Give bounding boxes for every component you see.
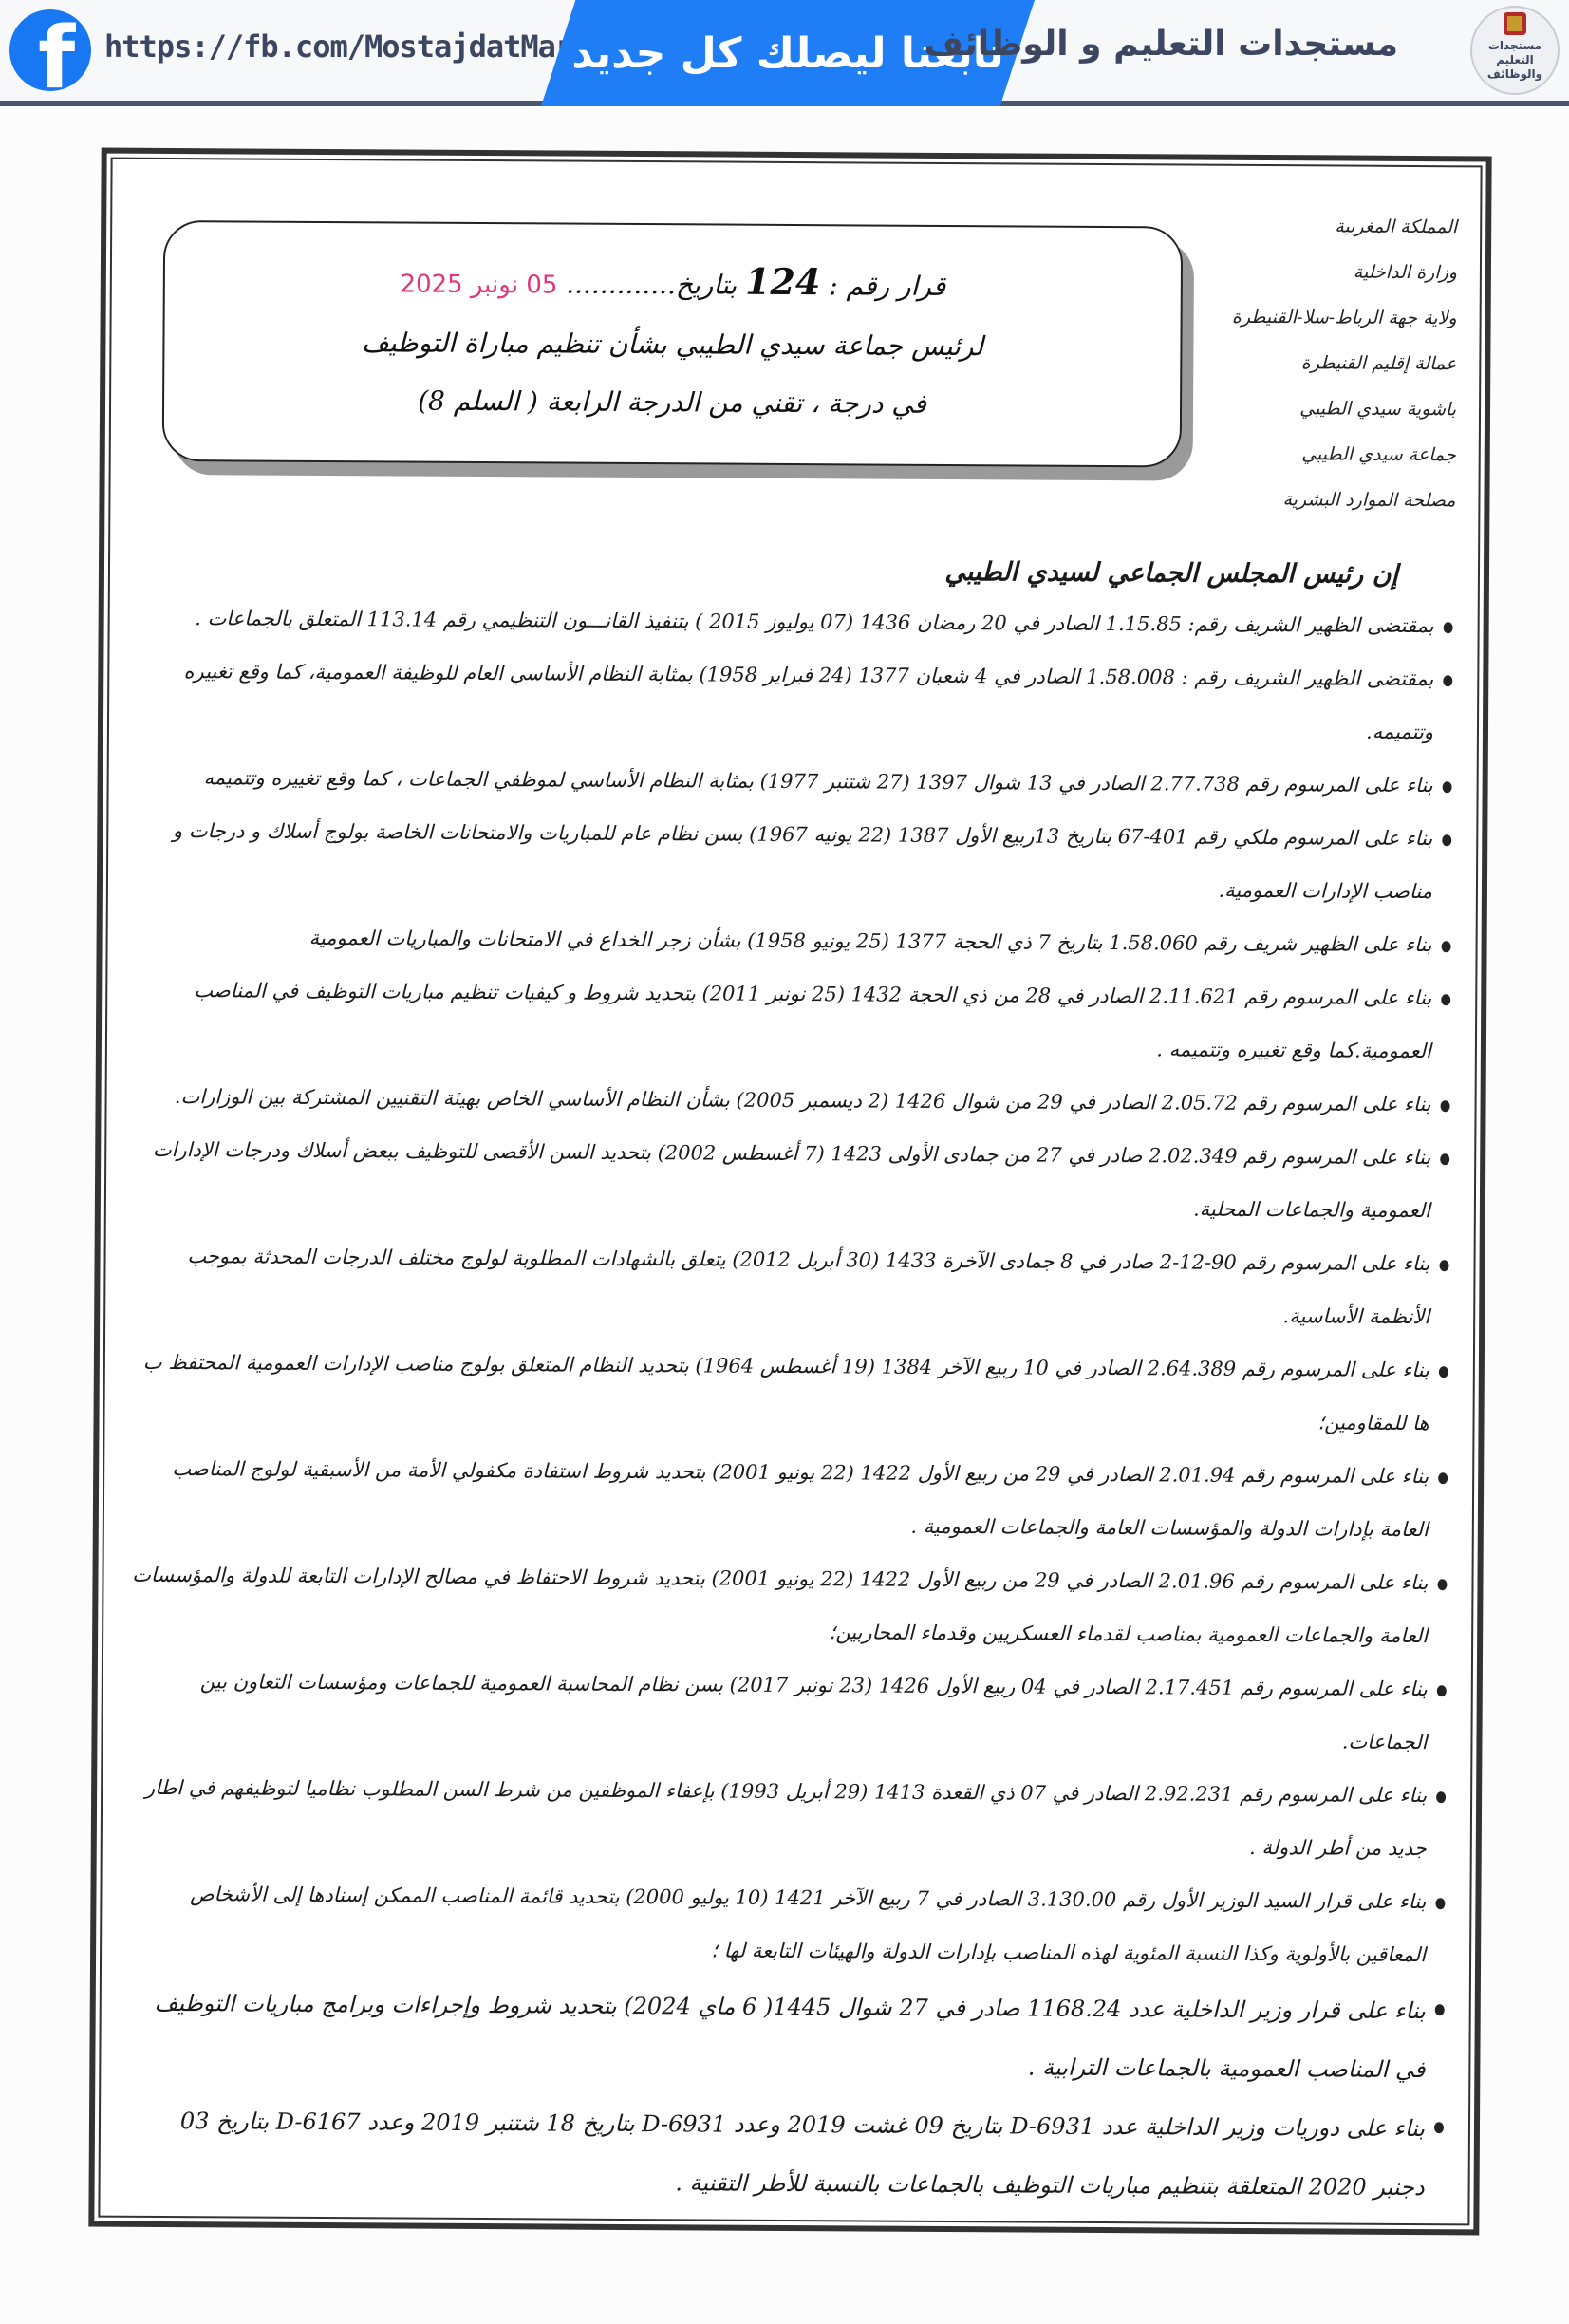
clause-16: بناء على قرار وزير الداخلية عدد 1168.24 … <box>123 1974 1447 2100</box>
top-banner: f https://fb.com/MostajdatMaroc تابعنا ل… <box>0 0 1569 106</box>
clause-17: بناء على دوريات وزير الداخلية عدد D-6931… <box>122 2091 1446 2218</box>
clause-8: بناء على المرسوم رقم 2.02.349 صادر في 27… <box>129 1123 1452 1238</box>
document-body: إن رئيس المجلس الجماعي لسيدي الطيبي بمقت… <box>122 553 1455 2217</box>
decision-subject-line: لرئيس جماعة سيدي الطيبي بشأن تنظيم مبارا… <box>164 326 1180 364</box>
facebook-letter: f <box>38 11 75 91</box>
header-kingdom: المملكة المغربية <box>1232 203 1457 250</box>
clause-14: بناء على المرسوم رقم 2.92.231 الصادر في … <box>125 1761 1448 1876</box>
decision-grade-line: في درجة ، تقني من الدرجة الرابعة ( السلم… <box>164 384 1180 422</box>
site-name: مستجدات التعليم و الوظائف <box>924 25 1398 64</box>
date-stamp: 05 نونبر 2025 <box>400 270 557 299</box>
decision-label: قرار رقم : <box>829 270 945 302</box>
header-commune: جماعة سيدي الطيبي <box>1231 431 1456 478</box>
header-wilaya: ولاية جهة الرباط-سلا-القنيطرة <box>1232 294 1457 341</box>
document-page: المملكة المغربية وزارة الداخلية ولاية جه… <box>88 148 1491 2236</box>
administrative-header: المملكة المغربية وزارة الداخلية ولاية جه… <box>1231 203 1458 523</box>
decision-number: 124 <box>745 260 821 303</box>
clause-3: بناء على المرسوم رقم 2.77.738 الصادر في … <box>131 751 1453 813</box>
clause-9: بناء على المرسوم رقم 90-12-2 صادر في 8 ج… <box>128 1229 1451 1344</box>
header-ministry: وزارة الداخلية <box>1232 249 1457 295</box>
logo-text-line-2: والوظائف <box>1487 67 1542 82</box>
body-heading: إن رئيس المجلس الجماعي لسيدي الطيبي <box>133 553 1398 590</box>
facebook-icon[interactable]: f <box>9 9 91 91</box>
clause-12: بناء على المرسوم رقم 2.01.96 الصادر في 2… <box>126 1548 1449 1663</box>
clause-6: بناء على المرسوم رقم 2.11.621 الصادر في … <box>130 964 1453 1078</box>
facebook-url-link[interactable]: https://fb.com/MostajdatMaroc <box>104 28 607 65</box>
clause-10: بناء على المرسوم رقم 2.64.389 الصادر في … <box>127 1336 1450 1451</box>
decision-number-line: قرار رقم : 124 بتاريخ............. 05 نو… <box>165 256 1181 306</box>
header-pashalik: باشوية سيدي الطيبي <box>1231 385 1456 432</box>
clause-2: بمقتضى الظهير الشريف رقم : 1.58.008 الصا… <box>132 645 1455 759</box>
clause-4: بناء على المرسوم ملكي رقم 401-67 بتاريخ … <box>131 804 1454 919</box>
logo-text-line-1: مستجدات التعليم <box>1472 39 1558 67</box>
clause-7: بناء على المرسوم رقم 2.05.72 الصادر في 2… <box>129 1070 1451 1132</box>
coat-of-arms-icon <box>1504 12 1526 35</box>
decision-title-box: قرار رقم : 124 بتاريخ............. 05 نو… <box>162 220 1184 468</box>
clause-1: بمقتضى الظهير الشريف رقم: 1.15.85 الصادر… <box>133 591 1455 653</box>
clause-11: بناء على المرسوم رقم 2.01.94 الصادر في 2… <box>127 1442 1450 1557</box>
date-label: بتاريخ............. <box>566 269 737 301</box>
header-province: عمالة إقليم القنيطرة <box>1231 340 1456 386</box>
header-department: مصلحة الموارد البشرية <box>1231 477 1456 523</box>
clause-13: بناء على المرسوم رقم 2.17.451 الصادر في … <box>125 1655 1448 1770</box>
clause-5: بناء على الظهير شريف رقم 1.58.060 بتاريخ… <box>130 910 1452 972</box>
site-logo: مستجدات التعليم والوظائف <box>1470 6 1560 95</box>
clause-15: بناء على قرار السيد الوزير الأول رقم 3.1… <box>124 1867 1448 1982</box>
